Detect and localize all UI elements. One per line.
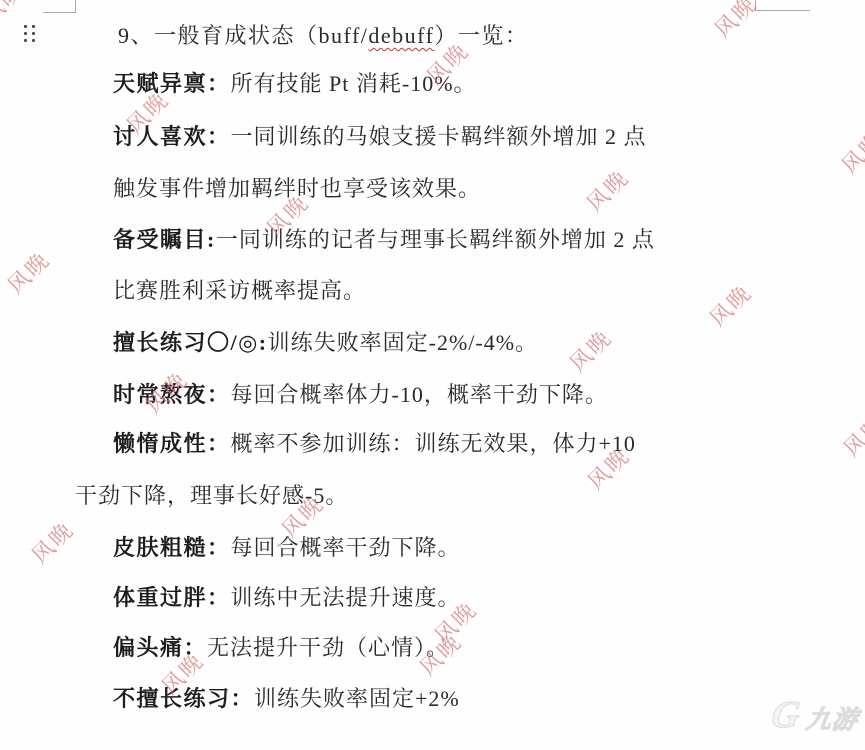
entry-line: 时常熬夜：每回合概率体力-10，概率干劲下降。 bbox=[113, 381, 608, 409]
entry-text: 每回合概率体力-10，概率干劲下降。 bbox=[231, 382, 608, 407]
entry-line-continuation: 触发事件增加羁绊时也享受该效果。 bbox=[113, 175, 481, 203]
entry-line-continuation: 干劲下降，理事长好感-5。 bbox=[75, 482, 348, 510]
document-page: 9、一般育成状态（buff/debuff）一览： 天赋异禀：所有技能 Pt 消耗… bbox=[0, 0, 865, 750]
entry-text: 干劲下降，理事长好感-5。 bbox=[75, 483, 348, 508]
watermark-text: 风晚 bbox=[24, 514, 80, 570]
entry-label: 皮肤粗糙： bbox=[113, 535, 231, 560]
entry-text: 触发事件增加羁绊时也享受该效果。 bbox=[113, 176, 481, 201]
entry-label: 偏头痛： bbox=[113, 635, 207, 660]
entry-label: 时常熬夜： bbox=[113, 382, 231, 407]
entry-label: 体重过胖： bbox=[113, 585, 231, 610]
misspelled-word: debuff bbox=[368, 23, 434, 48]
entry-line: 备受瞩目:一同训练的记者与理事长羁绊额外增加 2 点 bbox=[113, 226, 655, 254]
entry-line: 擅长练习〇/◎:训练失败率固定-2%/-4%。 bbox=[113, 329, 538, 357]
entry-line: 讨人喜欢：一同训练的马娘支援卡羁绊额外增加 2 点 bbox=[113, 123, 647, 151]
title-text-post: ）一览： bbox=[434, 23, 528, 48]
watermark-text: 风晚 bbox=[834, 124, 865, 180]
watermark-text: 风晚 bbox=[0, 244, 56, 300]
section-title: 9、一般育成状态（buff/debuff）一览： bbox=[118, 22, 528, 50]
entry-label: 备受瞩目: bbox=[113, 227, 216, 252]
entry-text: 无法提升干劲（心情）。 bbox=[207, 635, 449, 660]
entry-line-continuation: 比赛胜利采访概率提高。 bbox=[113, 277, 366, 305]
entry-line: 天赋异禀：所有技能 Pt 消耗-10%。 bbox=[113, 70, 477, 98]
entry-text: 一同训练的记者与理事长羁绊额外增加 2 点 bbox=[216, 227, 655, 252]
watermark-text: 风晚 bbox=[562, 322, 618, 378]
watermark-text: 风晚 bbox=[836, 407, 865, 463]
entry-line: 偏头痛：无法提升干劲（心情）。 bbox=[113, 634, 449, 662]
entry-label: 不擅长练习： bbox=[113, 686, 254, 711]
9game-logo-brand: 九游 bbox=[804, 708, 860, 733]
watermark-text: 风晚 bbox=[579, 162, 635, 218]
entry-text: 一同训练的马娘支援卡羁绊额外增加 2 点 bbox=[231, 124, 647, 149]
9game-logo-glyph: G bbox=[769, 696, 802, 734]
title-text-pre: 一般育成状态（buff/ bbox=[154, 23, 368, 48]
entry-text: 所有技能 Pt 消耗-10%。 bbox=[231, 71, 477, 96]
entry-label: 擅长练习〇/◎: bbox=[113, 330, 268, 355]
entry-text: 训练中无法提升速度。 bbox=[231, 585, 461, 610]
title-number: 9、 bbox=[118, 23, 154, 48]
watermark-text: 风晚 bbox=[702, 277, 758, 333]
9game-logo: G 九游 bbox=[772, 696, 864, 744]
entry-label: 天赋异禀： bbox=[113, 71, 231, 96]
entry-line: 体重过胖：训练中无法提升速度。 bbox=[113, 584, 461, 612]
entry-text: 比赛胜利采访概率提高。 bbox=[113, 278, 366, 303]
entry-text: 训练失败率固定-2%/-4%。 bbox=[268, 330, 538, 355]
entry-label: 讨人喜欢： bbox=[113, 124, 231, 149]
entry-text: 每回合概率干劲下降。 bbox=[231, 535, 461, 560]
entry-label: 懒惰成性： bbox=[113, 431, 231, 456]
table-border-fragment bbox=[43, 0, 76, 13]
entry-text: 训练失败率固定+2% bbox=[254, 686, 460, 711]
entry-text: 概率不参加训练：训练无效果，体力+10 bbox=[231, 431, 636, 456]
entry-line: 皮肤粗糙：每回合概率干劲下降。 bbox=[113, 534, 461, 562]
table-border-fragment bbox=[755, 0, 810, 11]
entry-line: 懒惰成性：概率不参加训练：训练无效果，体力+10 bbox=[113, 430, 636, 458]
drag-handle-icon[interactable] bbox=[24, 25, 35, 42]
entry-line: 不擅长练习：训练失败率固定+2% bbox=[113, 685, 460, 713]
